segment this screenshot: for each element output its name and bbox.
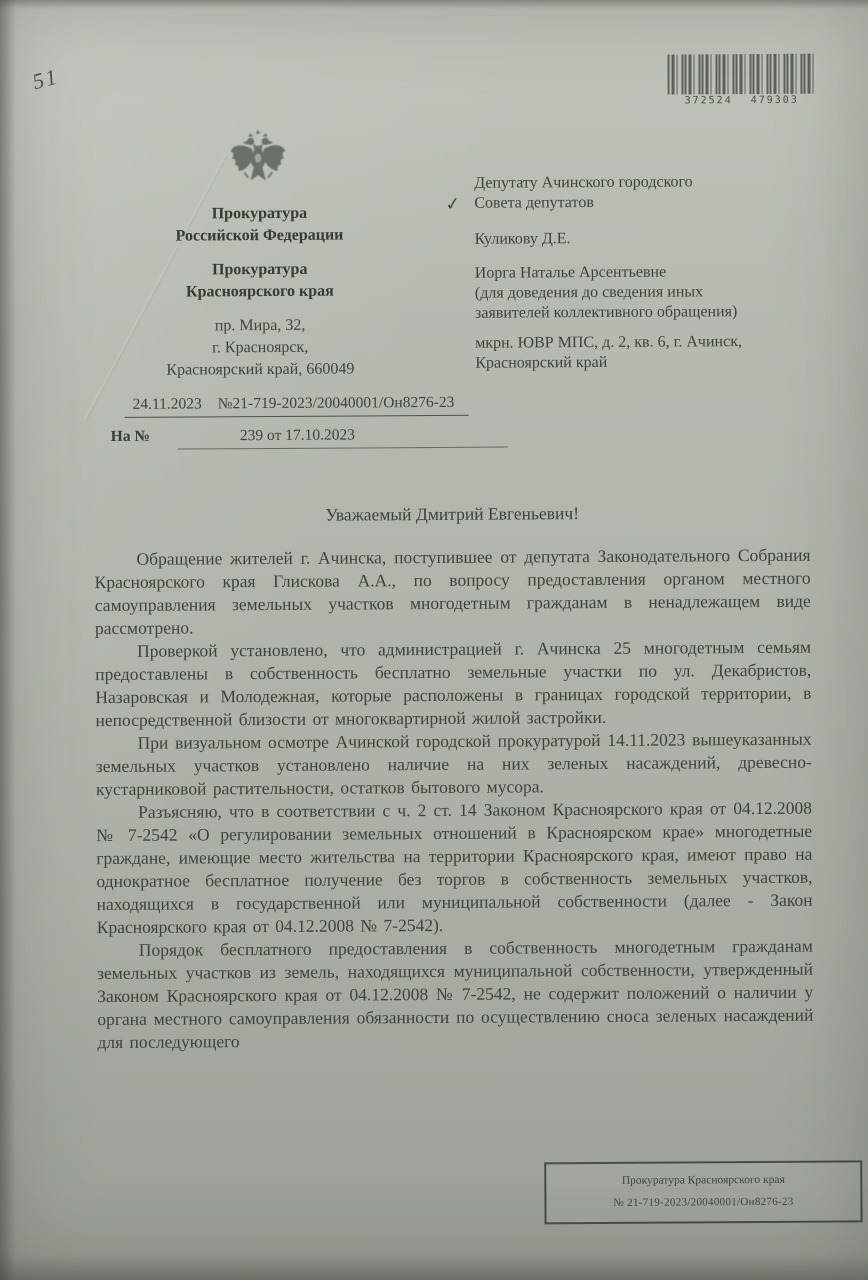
org-federal: Прокуратура Российской Федерации bbox=[99, 202, 419, 248]
outgoing-number: №21-719-2023/20040001/Он8276-23 bbox=[218, 394, 455, 412]
recipient-address-line2: Красноярский край bbox=[475, 352, 820, 374]
recipient-address: мкрн. ЮВР МПС, д. 2, кв. 6, г. Ачинск, К… bbox=[475, 332, 820, 374]
reply-reference-value: 239 от 17.10.2023 bbox=[178, 426, 508, 450]
paragraph-1: Обращение жителей г. Ачинска, поступивше… bbox=[94, 544, 811, 640]
recipient-block: Депутату Ачинского городского Совета деп… bbox=[474, 172, 820, 374]
sender-address: пр. Мира, 32, г. Красноярск, Красноярски… bbox=[100, 314, 420, 382]
handwritten-check-mark: ✓ bbox=[444, 193, 461, 216]
outgoing-date: 24.11.2023 bbox=[133, 395, 202, 412]
recipient-to-line2: Совета депутатов bbox=[474, 192, 819, 214]
barcode-digits: 372524 479303 bbox=[667, 95, 817, 107]
registration-stamp: Прокуратура Красноярского края № 21-719-… bbox=[544, 1160, 862, 1224]
org-regional-line1: Прокуратура bbox=[100, 258, 420, 282]
org-regional-line2: Красноярского края bbox=[100, 280, 420, 304]
barcode-digits-right: 479303 bbox=[751, 95, 799, 106]
salutation: Уважаемый Дмитрий Евгеньевич! bbox=[94, 502, 810, 527]
outgoing-reference-underline: 24.11.2023№21-719-2023/20040001/Он8276-2… bbox=[125, 394, 469, 418]
recipient-to-line1: Депутату Ачинского городского bbox=[474, 172, 819, 194]
stamp-org-name: Прокуратура Красноярского края bbox=[552, 1173, 854, 1187]
coat-of-arms-icon bbox=[223, 117, 294, 205]
recipient-cc: Иорга Наталье Арсентьевне (для доведения… bbox=[475, 262, 820, 324]
stamp-number: № 21-719-2023/20040001/Он8276-23 bbox=[552, 1195, 854, 1209]
scanned-letter-page: 51 372524 479303 bbox=[0, 0, 868, 1280]
sender-address-line1: пр. Мира, 32, bbox=[100, 314, 420, 338]
recipient-cc-note-line1: (для доведения до сведения иных bbox=[475, 282, 820, 304]
barcode: 372524 479303 bbox=[666, 54, 816, 107]
letterhead: Прокуратура Российской Федерации Прокура… bbox=[99, 202, 420, 382]
paragraph-4: Разъясняю, что в соответствии с ч. 2 ст.… bbox=[96, 797, 813, 939]
reply-reference-line: На № 239 от 17.10.2023 bbox=[111, 426, 508, 450]
letter-body: Обращение жителей г. Ачинска, поступивше… bbox=[94, 544, 813, 1054]
org-federal-line1: Прокуратура bbox=[99, 202, 419, 226]
recipient-name: Куликову Д.Е. bbox=[474, 228, 819, 250]
outgoing-reference-line: 24.11.2023№21-719-2023/20040001/Он8276-2… bbox=[125, 394, 469, 418]
recipient-cc-note-line2: заявителей коллективного обращения) bbox=[475, 302, 820, 324]
recipient-cc-name: Иорга Наталье Арсентьевне bbox=[475, 262, 820, 284]
letter-content: 51 372524 479303 bbox=[0, 0, 868, 1280]
org-federal-line2: Российской Федерации bbox=[99, 224, 419, 248]
org-regional: Прокуратура Красноярского края bbox=[100, 258, 420, 304]
paragraph-3: При визуальном осмотре Ачинской городско… bbox=[96, 728, 812, 801]
barcode-icon bbox=[667, 54, 815, 95]
handwritten-page-number: 51 bbox=[30, 64, 62, 96]
paragraph-5: Порядок бесплатного предоставления в соб… bbox=[97, 935, 814, 1054]
sender-address-line3: Красноярский край, 660049 bbox=[100, 358, 420, 382]
barcode-digits-left: 372524 bbox=[685, 95, 733, 106]
paragraph-2: Проверкой установлено, что администрацие… bbox=[95, 636, 812, 732]
sender-address-line2: г. Красноярск, bbox=[100, 336, 420, 360]
recipient-address-line1: мкрн. ЮВР МПС, д. 2, кв. 6, г. Ачинск, bbox=[475, 332, 820, 354]
reply-reference-label: На № bbox=[111, 428, 150, 446]
recipient-to: Депутату Ачинского городского Совета деп… bbox=[474, 172, 819, 214]
